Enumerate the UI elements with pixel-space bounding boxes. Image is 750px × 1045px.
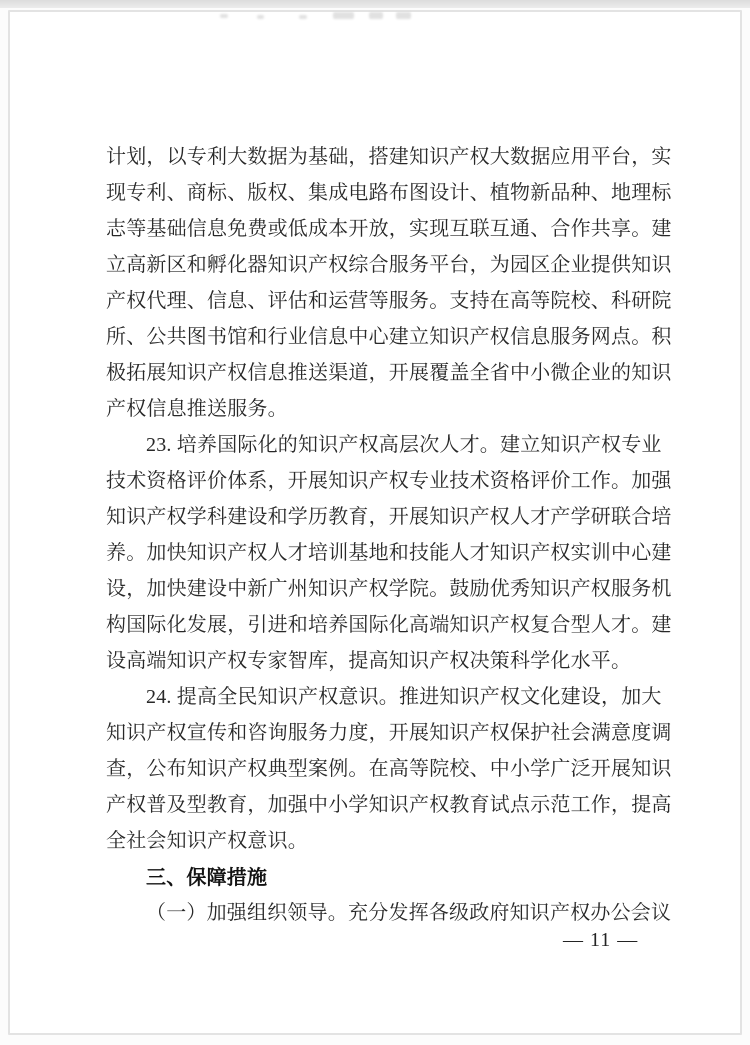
scanned-document-page: 计划，以专利大数据为基础，搭建知识产权大数据应用平台，实 现专利、商标、版权、集… — [0, 0, 750, 1045]
scan-bleed-mark — [299, 15, 307, 19]
page-number: — 11 — — [563, 929, 638, 952]
scan-bleed-mark — [257, 15, 264, 19]
scan-edge-band — [0, 0, 750, 8]
body-paragraph-item-23: 23. 培养国际化的知识产权高层次人才。建立知识产权专业 技术资格评价体系，开展… — [106, 427, 706, 679]
scan-bleed-mark — [220, 14, 228, 18]
scan-bleed-mark — [396, 12, 411, 19]
scan-bleed-mark — [333, 12, 354, 19]
document-body: 计划，以专利大数据为基础，搭建知识产权大数据应用平台，实 现专利、商标、版权、集… — [106, 139, 706, 931]
body-paragraph-section-item-1: （一）加强组织领导。充分发挥各级政府知识产权办公会议 — [106, 895, 706, 931]
scan-bleed-mark — [369, 12, 383, 19]
section-heading: 三、保障措施 — [106, 859, 706, 895]
body-paragraph-continuation: 计划，以专利大数据为基础，搭建知识产权大数据应用平台，实 现专利、商标、版权、集… — [106, 139, 706, 427]
body-paragraph-item-24: 24. 提高全民知识产权意识。推进知识产权文化建设，加大 知识产权宣传和咨询服务… — [106, 679, 706, 859]
